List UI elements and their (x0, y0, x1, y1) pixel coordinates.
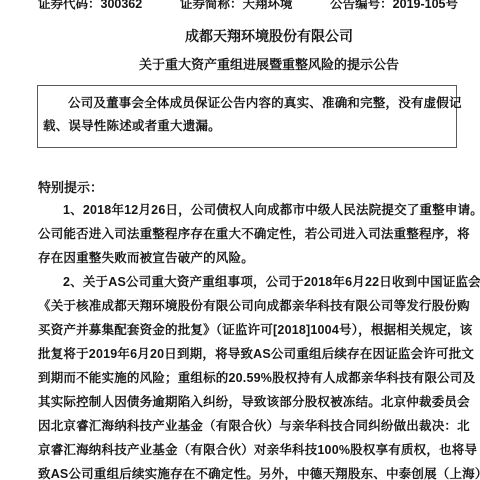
special-notice-body: 1、2018年12月26日，公司债权人向成都市中级人民法院提交了重整申请。公司能… (38, 198, 472, 480)
text-line: 致AS公司重组后续实施存在不确定性。另外，中德天翔股东、中泰创展（上海） (38, 462, 472, 480)
text-line: 京睿汇海纳科技产业基金（有限合伙）对亲华科技100%股权享有质权，也将导 (38, 438, 472, 462)
text-line: 1、2018年12月26日，公司债权人向成都市中级人民法院提交了重整申请。 (38, 198, 472, 222)
document-header: 证券代码：300362 证券简称：天翔环境 公告编号：2019-105号 (38, 0, 458, 12)
text-line: 买资产并募集配套资金的批复》（证监许可[2018]1004号），根据相关规定，该 (38, 318, 472, 342)
paragraph: 2、关于AS公司重大资产重组事项，公司于2018年6月22日收到中国证监会《关于… (38, 270, 472, 480)
text-line: 公司及董事会全体成员保证公告内容的真实、准确和完整，没有虚假记 (43, 92, 451, 115)
special-notice-heading: 特别提示： (38, 176, 103, 199)
company-title: 成都天翔环境股份有限公司 (80, 27, 458, 45)
text-line: 2、关于AS公司重大资产重组事项，公司于2018年6月22日收到中国证监会 (38, 270, 472, 294)
stock-code: 证券代码：300362 (38, 0, 142, 12)
text-line: 其实际控制人因债务逾期陷入纠纷，导致该部分股权被冻结。北京仲裁委员会 (38, 390, 472, 414)
text-line: 公司能否进入司法重整程序存在重大不确定性，若公司进入司法重整程序，将 (38, 222, 472, 246)
announcement-title: 关于重大资产重组进展暨重整风险的提示公告 (80, 56, 458, 73)
text-line: 《关于核准成都天翔环境股份有限公司向成都亲华科技有限公司等发行股份购 (38, 294, 472, 318)
text-line: 存在因重整失败而被宣告破产的风险。 (38, 246, 472, 270)
text-line: 载、误导性陈述或者重大遗漏。 (43, 115, 451, 138)
announcement-number: 公告编号：2019-105号 (330, 0, 458, 12)
text-line: 因北京睿汇海纳科技产业基金（有限合伙）与亲华科技合同纠纷做出裁决：北 (38, 414, 472, 438)
text-line: 批复将于2019年6月20日到期，将导致AS公司重组后续存在因证监会许可批文 (38, 342, 472, 366)
text-line: 到期而不能实施的风险；重组标的20.59%股权持有人成都亲华科技有限公司及 (38, 366, 472, 390)
announcement-page: 证券代码：300362 证券简称：天翔环境 公告编号：2019-105号 成都天… (0, 0, 480, 480)
stock-name: 证券简称：天翔环境 (180, 0, 293, 12)
paragraph: 1、2018年12月26日，公司债权人向成都市中级人民法院提交了重整申请。公司能… (38, 198, 472, 270)
declaration-box: 公司及董事会全体成员保证公告内容的真实、准确和完整，没有虚假记载、误导性陈述或者… (37, 85, 457, 148)
